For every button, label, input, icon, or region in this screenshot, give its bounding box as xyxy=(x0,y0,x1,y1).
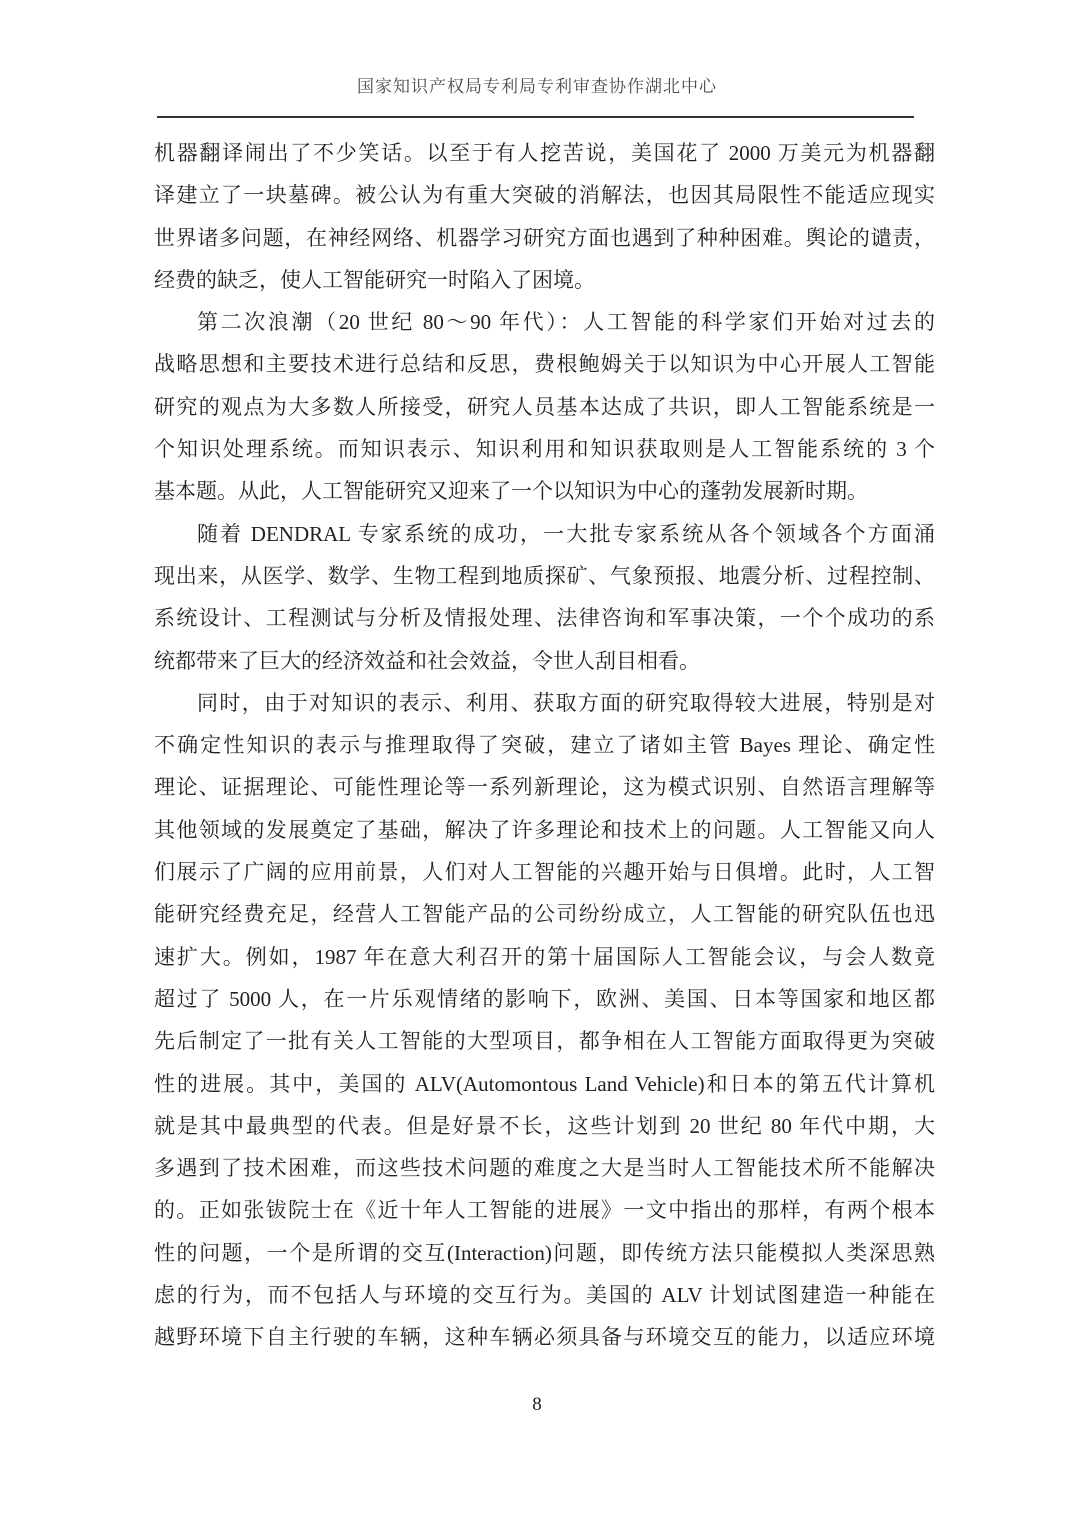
text-line: 其他领域的发展奠定了基础，解决了许多理论和技术上的问题。人工智能又向人 xyxy=(154,809,935,851)
text-line: 性的问题，一个是所谓的交互(Interaction)问题，即传统方法只能模拟人类… xyxy=(154,1232,935,1274)
text-line: 随着 DENDRAL 专家系统的成功，一大批专家系统从各个领域各个方面涌 xyxy=(154,513,935,555)
text-line: 超过了 5000 人，在一片乐观情绪的影响下，欧洲、美国、日本等国家和地区都 xyxy=(154,978,935,1020)
text-line: 统都带来了巨大的经济效益和社会效益，令世人刮目相看。 xyxy=(154,640,935,682)
text-line: 机器翻译闹出了不少笑话。以至于有人挖苦说，美国花了 2000 万美元为机器翻 xyxy=(154,132,935,174)
text-line: 先后制定了一批有关人工智能的大型项目，都争相在人工智能方面取得更为突破 xyxy=(154,1020,935,1062)
page-header-title: 国家知识产权局专利局专利审查协作湖北中心 xyxy=(0,76,1074,98)
text-line: 就是其中最典型的代表。但是好景不长，这些计划到 20 世纪 80 年代中期，大 xyxy=(154,1105,935,1147)
text-line: 第二次浪潮（20 世纪 80～90 年代）：人工智能的科学家们开始对过去的 xyxy=(154,301,935,343)
text-line: 世界诸多问题，在神经网络、机器学习研究方面也遇到了种种困难。舆论的谴责， xyxy=(154,217,935,259)
text-line: 虑的行为，而不包括人与环境的交互行为。美国的 ALV 计划试图建造一种能在 xyxy=(154,1274,935,1316)
document-page: 国家知识产权局专利局专利审查协作湖北中心 机器翻译闹出了不少笑话。以至于有人挖苦… xyxy=(0,0,1074,1520)
text-line: 基本题。从此，人工智能研究又迎来了一个以知识为中心的蓬勃发展新时期。 xyxy=(154,470,935,512)
text-line: 越野环境下自主行驶的车辆，这种车辆必须具备与环境交互的能力，以适应环境 xyxy=(154,1316,935,1358)
text-line: 战略思想和主要技术进行总结和反思，费根鲍姆关于以知识为中心开展人工智能 xyxy=(154,343,935,385)
text-line: 的。正如张钹院士在《近十年人工智能的进展》一文中指出的那样，有两个根本 xyxy=(154,1189,935,1231)
text-line: 同时，由于对知识的表示、利用、获取方面的研究取得较大进展，特别是对 xyxy=(154,682,935,724)
text-line: 性的进展。其中，美国的 ALV(Automontous Land Vehicle… xyxy=(154,1063,935,1105)
document-body: 机器翻译闹出了不少笑话。以至于有人挖苦说，美国花了 2000 万美元为机器翻译建… xyxy=(154,132,935,1359)
text-line: 译建立了一块墓碑。被公认为有重大突破的消解法，也因其局限性不能适应现实 xyxy=(154,174,935,216)
text-line: 研究的观点为大多数人所接受，研究人员基本达成了共识，即人工智能系统是一 xyxy=(154,386,935,428)
text-line: 速扩大。例如，1987 年在意大利召开的第十届国际人工智能会议，与会人数竟 xyxy=(154,936,935,978)
text-line: 现出来，从医学、数学、生物工程到地质探矿、气象预报、地震分析、过程控制、 xyxy=(154,555,935,597)
header-rule-divider xyxy=(157,116,914,118)
text-line: 个知识处理系统。而知识表示、知识利用和知识获取则是人工智能系统的 3 个 xyxy=(154,428,935,470)
footer-page-number: 8 xyxy=(0,1392,1074,1418)
text-line: 不确定性知识的表示与推理取得了突破，建立了诸如主管 Bayes 理论、确定性 xyxy=(154,724,935,766)
text-line: 理论、证据理论、可能性理论等一系列新理论，这为模式识别、自然语言理解等 xyxy=(154,766,935,808)
text-line: 能研究经费充足，经营人工智能产品的公司纷纷成立，人工智能的研究队伍也迅 xyxy=(154,893,935,935)
text-line: 多遇到了技术困难，而这些技术问题的难度之大是当时人工智能技术所不能解决 xyxy=(154,1147,935,1189)
text-line: 系统设计、工程测试与分析及情报处理、法律咨询和军事决策，一个个成功的系 xyxy=(154,597,935,639)
text-line: 们展示了广阔的应用前景，人们对人工智能的兴趣开始与日俱增。此时，人工智 xyxy=(154,851,935,893)
text-line: 经费的缺乏，使人工智能研究一时陷入了困境。 xyxy=(154,259,935,301)
